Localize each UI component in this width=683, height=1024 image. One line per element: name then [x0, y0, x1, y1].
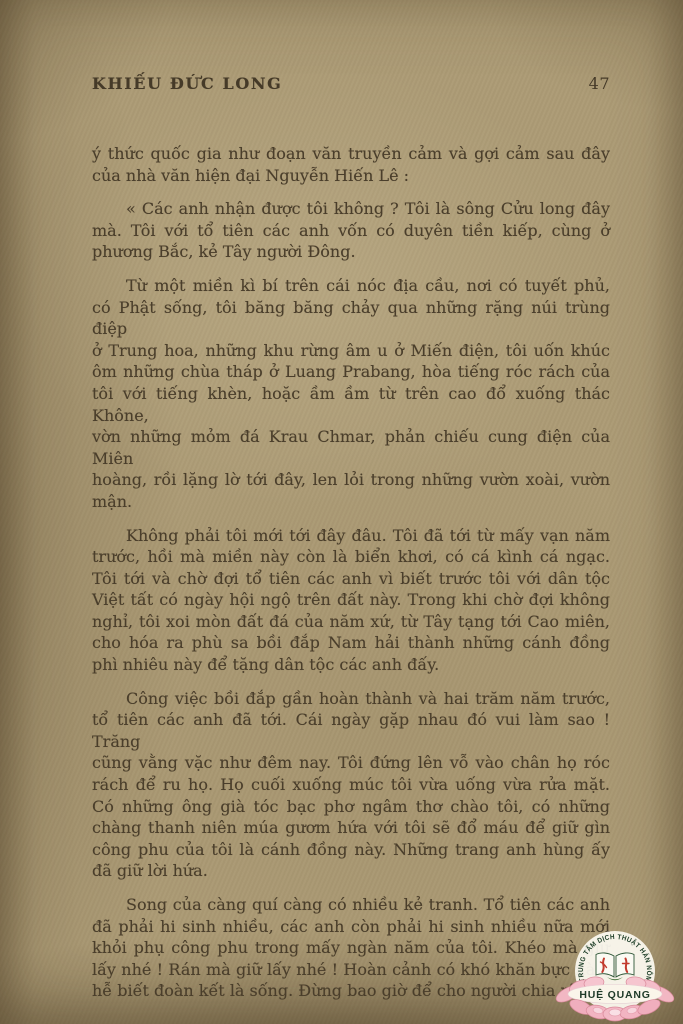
library-stamp: TRUNG TÂM DỊCH THUẬT HÁN NÔM — [551, 927, 683, 1024]
text-line: cho hóa ra phù sa bồi đắp Nam hải thành … — [92, 632, 610, 654]
text-line: vờn những mỏm đá Krau Chmar, phản chiếu … — [92, 426, 610, 469]
text-line: phương Bắc, kẻ Tây người Đông. — [92, 241, 610, 263]
stamp-name: HUỆ QUANG — [579, 988, 650, 1001]
paragraph: Không phải tôi mới tới đây đâu. Tôi đã t… — [92, 525, 610, 676]
running-title: KHIẾU ĐỨC LONG — [92, 74, 282, 93]
paragraph: ý thức quốc gia như đoạn văn truyền cảm … — [92, 143, 610, 186]
text-line: chàng thanh niên múa gươm hứa với tôi sẽ… — [92, 817, 610, 839]
page-header: KHIẾU ĐỨC LONG 47 — [92, 74, 610, 93]
text-line: mận. — [92, 491, 610, 513]
text-line: « Các anh nhận được tôi không ? Tôi là s… — [92, 198, 610, 220]
text-line: Có những ông già tóc bạc phơ ngâm thơ ch… — [92, 796, 610, 818]
text-line: đã giữ lời hứa. — [92, 860, 610, 882]
text-line: lấy nhé ! Rán mà giữ lấy nhé ! Hoàn cảnh… — [92, 959, 610, 981]
text-line: ở Trung hoa, những khu rừng âm u ở Miến … — [92, 340, 610, 362]
text-line: tổ tiên các anh đã tới. Cái ngày gặp nha… — [92, 709, 610, 752]
text-line: tôi với tiếng khèn, hoặc ầm ầm từ trên c… — [92, 383, 610, 426]
text-line: Tôi tới và chờ đợi tổ tiên các anh vì bi… — [92, 568, 610, 590]
page-body: ý thức quốc gia như đoạn văn truyền cảm … — [92, 143, 610, 1002]
text-line: của nhà văn hiện đại Nguyễn Hiến Lê : — [92, 165, 610, 187]
paragraph: Song của càng quí càng có nhiều kẻ tranh… — [92, 894, 610, 1002]
scanned-book-page: KHIẾU ĐỨC LONG 47 ý thức quốc gia như đo… — [0, 0, 683, 1024]
text-line: Song của càng quí càng có nhiều kẻ tranh… — [92, 894, 610, 916]
paragraph: Từ một miền kì bí trên cái nóc địa cầu, … — [92, 275, 610, 513]
text-line: rách để ru họ. Họ cuối xuống múc tôi vừa… — [92, 774, 610, 796]
text-line: phì nhiêu này để tặng dân tộc các anh đấ… — [92, 654, 610, 676]
text-line: Việt tất có ngày hội ngộ trên đất này. T… — [92, 589, 610, 611]
text-line: nghỉ, tôi xoi mòn đất đá của năm xứ, từ … — [92, 611, 610, 633]
page-number: 47 — [589, 74, 610, 93]
text-line: trước, hồi mà miền này còn là biển khơi,… — [92, 546, 610, 568]
text-line: đã phải hi sinh nhiều, các anh còn phải … — [92, 916, 610, 938]
text-line: có Phật sống, tôi băng băng chảy qua nhữ… — [92, 297, 610, 340]
paragraph: Công việc bồi đắp gần hoàn thành và hai … — [92, 688, 610, 882]
paragraph: « Các anh nhận được tôi không ? Tôi là s… — [92, 198, 610, 263]
text-line: khỏi phụ công phu trong mấy ngàn năm của… — [92, 937, 610, 959]
text-line: ý thức quốc gia như đoạn văn truyền cảm … — [92, 143, 610, 165]
red-calligraphy-right — [626, 959, 628, 973]
text-line: công phu của tôi là cánh đồng này. Những… — [92, 839, 610, 861]
text-line: ôm những chùa tháp ở Luang Prabang, hòa … — [92, 361, 610, 383]
text-line: hoàng, rồi lặng lờ tới đây, len lỏi tron… — [92, 469, 610, 491]
text-line: cũng vằng vặc như đêm nay. Tôi đứng lên … — [92, 752, 610, 774]
text-line: hễ biết đoàn kết là sống. Đừng bao giờ đ… — [92, 980, 610, 1002]
text-line: Công việc bồi đắp gần hoàn thành và hai … — [92, 688, 610, 710]
text-line: mà. Tôi với tổ tiên các anh vốn có duyên… — [92, 220, 610, 242]
text-line: Không phải tôi mới tới đây đâu. Tôi đã t… — [92, 525, 610, 547]
huequang-stamp-icon: TRUNG TÂM DỊCH THUẬT HÁN NÔM — [551, 927, 683, 1024]
red-calligraphy-left — [602, 959, 604, 973]
text-line: Từ một miền kì bí trên cái nóc địa cầu, … — [92, 275, 610, 297]
